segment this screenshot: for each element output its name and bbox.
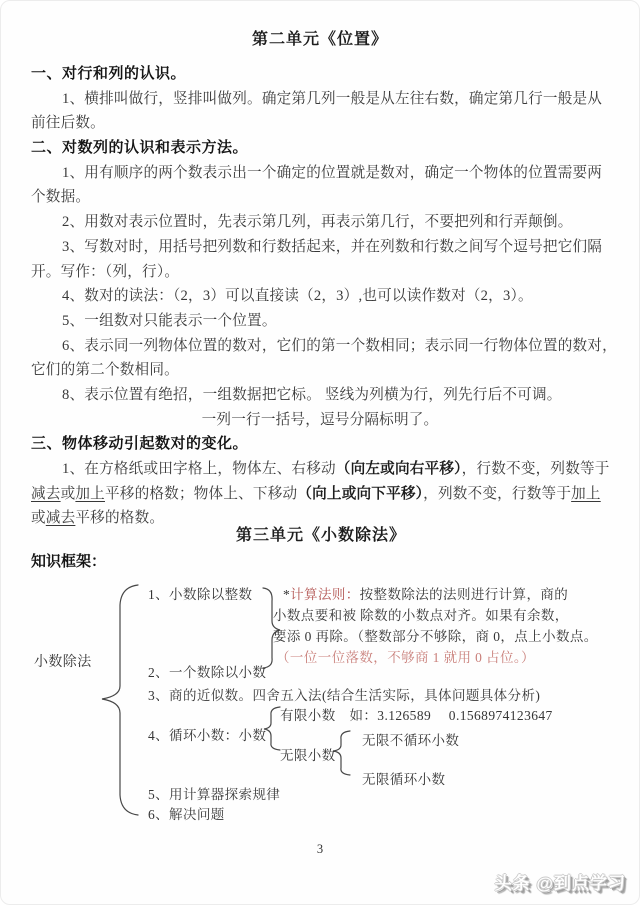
doc-line: 4、数对的读法：（2，3）可以直接读（2，3）,也可以读作数对（2，3）。: [31, 284, 609, 309]
diagram-item-6: 6、解决问题: [148, 803, 225, 823]
doc-line: 2、用数对表示位置时，先表示第几列，再表示第几行，不要把列和行弄颠倒。: [31, 210, 609, 235]
text-segment: 个数据。: [31, 189, 90, 205]
text-segment: 加上: [75, 486, 105, 502]
watermark: 头条 @到点学习: [495, 869, 626, 894]
doc-line: 6、表示同一列物体位置的数对，它们的第一个数相同；表示同一行物体位置的数对，: [31, 334, 609, 359]
decimal-type-brace: [264, 707, 280, 750]
text-segment: 1、在方格纸或田字格上，物体左、右移动: [62, 461, 336, 477]
text-segment: 4、数对的读法：（2，3）可以直接读（2，3）,也可以读作数对（2，3）。: [62, 288, 533, 304]
doc-line: 三、物体移动引起数对的变化。: [31, 432, 609, 457]
calc-rule-note-red: （一位一位落数，不够商 1 就用 0 占位。）: [276, 646, 535, 666]
doc-line: 前往后数。: [31, 111, 609, 136]
infinite-repeating-label: 无限循环小数: [362, 768, 445, 788]
text-segment: 一、对行和列的认识。: [31, 66, 186, 82]
text-segment: ，列数不变，行数等于: [423, 486, 571, 502]
text-segment: 或: [61, 486, 76, 502]
calc-rule-line-2: 小数点要和被 除数的小数点对齐。如果有余数，: [273, 604, 569, 624]
unit3-title: 第三单元《小数除法》: [1, 523, 640, 549]
infinite-decimal-label: 无限小数: [280, 744, 336, 764]
text-segment: 减去: [31, 486, 61, 502]
page-number: 3: [1, 842, 639, 857]
diagram-item-4: 4、循环小数：小数: [148, 724, 266, 744]
text-segment: 6、表示同一列物体位置的数对，它们的第一个数相同；表示同一行物体位置的数对，: [62, 338, 617, 354]
text-segment: 前往后数。: [31, 115, 105, 131]
text-segment: 它们的第二个数相同。: [31, 362, 179, 378]
diagram-item-1: 1、小数除以整数: [148, 583, 252, 603]
finite-decimal-label: 有限小数 如：3.126589 0.1568974123647: [280, 704, 553, 724]
calc-rule-label: 计算法则：: [290, 587, 360, 602]
doc-line: 3、写数对时，用括号把列数和行数括起来，并在列数和行数之间写个逗号把它们隔: [31, 235, 609, 260]
text-segment: ，行数不变，列数等于: [462, 461, 610, 477]
doc-line: 1、在方格纸或田字格上，物体左、右移动（向左或向右平移），行数不变，列数等于: [31, 457, 609, 482]
document-body: 一、对行和列的认识。1、横排叫做行，竖排叫做列。确定第几列一般是从左往右数，确定…: [31, 62, 609, 531]
doc-line: 一、对行和列的认识。: [31, 62, 609, 87]
doc-line: 减去或加上平移的格数；物体上、下移动（向上或向下平移），列数不变，行数等于加上: [31, 482, 609, 507]
doc-line: 开。写作：（列，行）。: [31, 260, 609, 285]
text-segment: 二、对数列的认识和表示方法。: [31, 140, 248, 156]
unit2-title: 第二单元《位置》: [31, 27, 609, 53]
calc-rule-line-3: 要添 0 再除。（整数部分不够除，商 0，点上小数点。: [273, 625, 598, 645]
calc-rule-text: 按整数除法的法则进行计算，商的: [360, 587, 569, 602]
text-segment: 1、用有顺序的两个数表示出一个确定的位置就是数对，确定一个物体的位置需要两: [62, 165, 602, 181]
doc-line: 8、表示位置有绝招，一组数据把它标。 竖线为列横为行，列先行后不可调。: [31, 383, 609, 408]
doc-line: 二、对数列的认识和表示方法。: [31, 136, 609, 161]
text-segment: 加上: [571, 486, 601, 502]
text-segment: （向左或向右平移）: [336, 461, 462, 477]
diagram-root-label: 小数除法: [34, 651, 92, 671]
diagram-item-3: 3、商的近似数。四舍五入法(结合生活实际，具体问题具体分析): [148, 684, 540, 704]
document-page: 第二单元《位置》 一、对行和列的认识。1、横排叫做行，竖排叫做列。确定第几列一般…: [0, 0, 640, 905]
text-segment: 8、表示位置有绝招，一组数据把它标。 竖线为列横为行，列先行后不可调。: [62, 387, 562, 403]
doc-line: 一列一行一括号，逗号分隔标明了。: [31, 408, 609, 433]
text-segment: 平移的格数；物体上、下移动: [105, 486, 297, 502]
text-segment: 1、横排叫做行，竖排叫做列。确定第几列一般是从左往右数，确定第几行一般是从: [62, 91, 602, 107]
infinite-non-repeating-label: 无限不循环小数: [362, 729, 459, 749]
text-segment: （向上或向下平移）: [297, 486, 423, 502]
doc-line: 1、横排叫做行，竖排叫做列。确定第几列一般是从左往右数，确定第几行一般是从: [31, 87, 609, 112]
doc-line: 它们的第二个数相同。: [31, 358, 609, 383]
framework-label: 知识框架：: [31, 550, 106, 571]
doc-line: 个数据。: [31, 185, 609, 210]
doc-line: 5、一组数对只能表示一个位置。: [31, 309, 609, 334]
unit2-section: 第二单元《位置》 一、对行和列的认识。1、横排叫做行，竖排叫做列。确定第几列一般…: [1, 1, 639, 531]
text-segment: 三、物体移动引起数对的变化。: [31, 436, 248, 452]
text-segment: 5、一组数对只能表示一个位置。: [62, 313, 277, 329]
calc-rule-line-1: *计算法则：按整数除法的法则进行计算，商的: [283, 583, 568, 603]
text-segment: 开。写作：（列，行）。: [31, 264, 179, 280]
doc-line: 1、用有顺序的两个数表示出一个确定的位置就是数对，确定一个物体的位置需要两: [31, 161, 609, 186]
text-segment: 2、用数对表示位置时，先表示第几列，再表示第几行，不要把列和行弄颠倒。: [62, 214, 573, 230]
big-left-brace: [102, 585, 138, 815]
text-segment: 一列一行一括号，逗号分隔标明了。: [202, 412, 439, 428]
diagram-item-2: 2、一个数除以小数: [148, 661, 266, 681]
diagram-item-5: 5、用计算器探索规律: [148, 783, 280, 803]
text-segment: 3、写数对时，用括号把列数和行数括起来，并在列数和行数之间写个逗号把它们隔: [62, 239, 602, 255]
